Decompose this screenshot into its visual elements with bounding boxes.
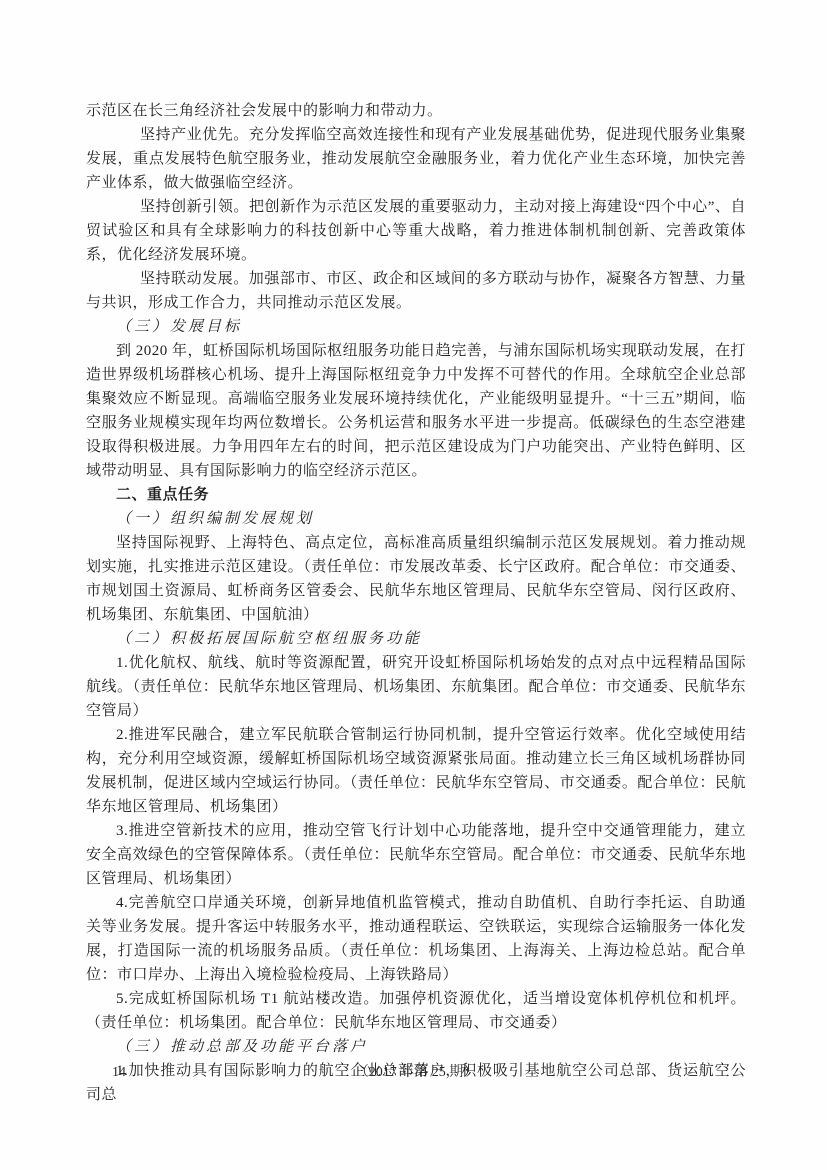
- paragraph: （一）组织编制发展规划: [86, 507, 746, 531]
- document-body: 示范区在长三角经济社会发展中的影响力和带动力。坚持产业优先。充分发挥临空高效连接…: [86, 99, 746, 1107]
- paragraph: 二、重点任务: [86, 483, 746, 507]
- paragraph: 坚持创新引领。把创新作为示范区发展的重要驱动力，主动对接上海建设“四个中心”、自…: [86, 195, 746, 267]
- document-page: 示范区在长三角经济社会发展中的影响力和带动力。坚持产业优先。充分发挥临空高效连接…: [0, 0, 827, 1170]
- paragraph: 到 2020 年，虹桥国际机场国际枢纽服务功能日趋完善，与浦东国际机场实现联动发…: [86, 339, 746, 483]
- paragraph: （三）推动总部及功能平台落户: [86, 1035, 746, 1059]
- paragraph: 示范区在长三角经济社会发展中的影响力和带动力。: [86, 99, 746, 123]
- paragraph: 2.推进军民融合，建立军民航联合管制运行协同机制，提升空管运行效率。优化空域使用…: [86, 723, 746, 819]
- paragraph: （二）积极拓展国际航空枢纽服务功能: [86, 627, 746, 651]
- paragraph: 3.推进空管新技术的应用，推动空管飞行计划中心功能落地，提升空中交通管理能力，建…: [86, 819, 746, 891]
- page-number: 14: [112, 1061, 126, 1085]
- page-footer: 14 （2017 年第 25 期）: [86, 1061, 746, 1085]
- paragraph: 4.完善航空口岸通关环境，创新异地值机监管模式，推动自助值机、自助行李托运、自助…: [86, 891, 746, 987]
- paragraph: 坚持国际视野、上海特色、高点定位，高标准高质量组织编制示范区发展规划。着力推动规…: [86, 531, 746, 627]
- paragraph: 5.完成虹桥国际机场 T1 航站楼改造。加强停机资源优化，适当增设宽体机停机位和…: [86, 987, 746, 1035]
- paragraph: 坚持产业优先。充分发挥临空高效连接性和现有产业发展基础优势，促进现代服务业集聚发…: [86, 123, 746, 195]
- paragraph: （三）发展目标: [86, 315, 746, 339]
- paragraph: 1.优化航权、航线、航时等资源配置，研究开设虹桥国际机场始发的点对点中远程精品国…: [86, 651, 746, 723]
- paragraph: 坚持联动发展。加强部市、市区、政企和区域间的多方联动与协作，凝聚各方智慧、力量与…: [86, 267, 746, 315]
- issue-label: （2017 年第 25 期）: [86, 1061, 746, 1085]
